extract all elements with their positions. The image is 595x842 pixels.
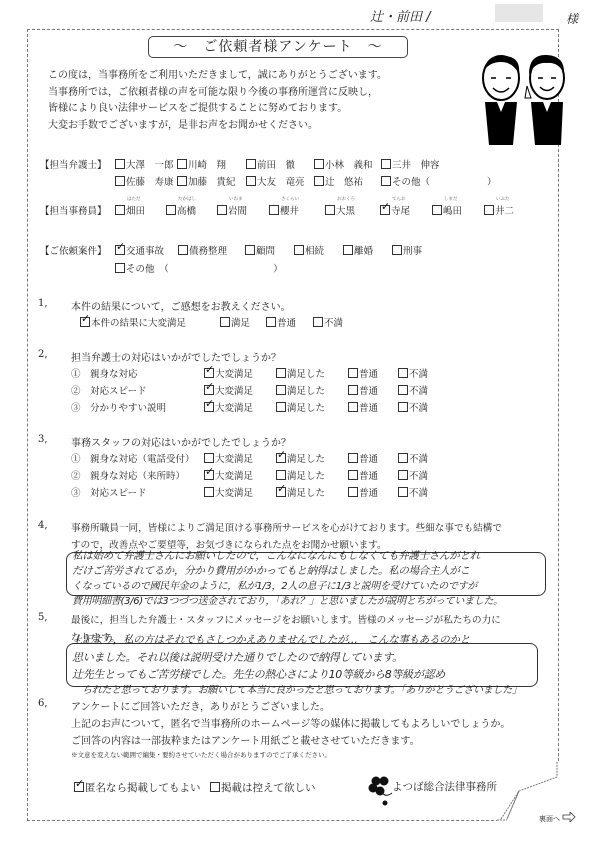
question-text: 事務スタッフの対応はいかがでしたでしょうか？ [71, 434, 291, 449]
q2-option[interactable]: 不満 [398, 366, 428, 380]
checkbox-checked[interactable] [115, 245, 125, 255]
option-label: 井二 [495, 206, 514, 217]
checkbox[interactable] [484, 205, 494, 215]
checkbox[interactable] [246, 159, 256, 169]
q3-option[interactable]: 普通 [348, 468, 378, 482]
option-label: 不満 [324, 318, 343, 329]
intro-line: 当事務所では，ご依頼者様の声を可能な限り今後の事務所運営に反映し， [48, 85, 387, 102]
intro-text: この度は，当事務所をご利用いただきまして，誠にありがとうございます。 当事務所で… [48, 68, 387, 134]
lawyer-option[interactable]: 加藤 貴紀 [177, 174, 236, 188]
clover-icon [368, 775, 394, 809]
checkbox-checked[interactable] [204, 385, 214, 395]
q5-answer-line[interactable]: 思いました。それ以後は説明受けた通りでしたので納得しています。 [72, 649, 403, 666]
checkbox[interactable] [398, 453, 408, 463]
q1-option[interactable]: 満足 [220, 315, 250, 329]
option-label: 満足した [287, 369, 325, 380]
lawyer-option[interactable]: 佐藤 寿康 [115, 174, 174, 188]
option-label: 大変満足 [215, 471, 253, 482]
q3-option[interactable]: 大変満足 [204, 468, 253, 482]
staff-option[interactable]: おおくろ大黒 [325, 203, 355, 217]
q2-row-label: ② 対応スピード [71, 383, 147, 397]
q2-option[interactable]: 満足した [276, 366, 325, 380]
q2-option[interactable]: 不満 [398, 400, 428, 414]
checkbox[interactable] [115, 159, 125, 169]
checkbox-checked[interactable] [74, 782, 84, 792]
option-label: 加藤 貴紀 [188, 177, 236, 188]
back-page-label: 裏面へ [539, 815, 560, 823]
option-label: 大変満足 [215, 403, 253, 414]
option-label: 高橋 [177, 206, 196, 217]
ruby-text: しまだ [444, 196, 458, 202]
option-label: 三井 伸容 [392, 160, 440, 171]
checkbox[interactable] [398, 368, 408, 378]
q2-option[interactable]: 大変満足 [204, 400, 253, 414]
question-text: 上記のお声について，匿名で当事務所のホームページ等の媒体に掲載してもよろしいでし… [71, 715, 510, 730]
option-label: 満足 [231, 318, 250, 329]
checkbox[interactable] [276, 385, 286, 395]
question-text: 事務所職員一同，皆様によりご満足頂ける事務所サービスを心がけております。些細な事… [71, 520, 502, 534]
option-label: 前田 徹 [257, 160, 295, 171]
ruby-text: おおくろ [337, 196, 355, 202]
staff-label: 【担当事務員】 [40, 203, 107, 217]
lawyer-option[interactable]: 川崎 翔 [177, 157, 226, 171]
checkbox[interactable] [177, 159, 187, 169]
staff-option[interactable]: いふた井二 [484, 203, 514, 217]
q2-option[interactable]: 普通 [348, 400, 378, 414]
checkbox[interactable] [115, 205, 125, 215]
back-page-link[interactable]: 裏面へ [539, 812, 576, 824]
option-label: 満足した [287, 386, 325, 397]
question-text: 本件の結果について，ご感想をお教えください。 [71, 298, 291, 313]
checkbox[interactable] [276, 470, 286, 480]
q3-option[interactable]: 普通 [348, 485, 378, 499]
lawyer-option[interactable]: 三井 伸容 [381, 157, 440, 171]
lawyer-option[interactable]: 辻 悠祐 [314, 174, 363, 188]
option-label: 掲載は控えて欲しい [221, 782, 316, 794]
question-text: ご回答の内容は一部抜粋またはアンケート用紙ごと載せさせていただきます。 [71, 732, 420, 747]
question-number: 6, [38, 698, 48, 709]
q1-option[interactable]: 不満 [313, 315, 343, 329]
option-label: 佐藤 寿康 [126, 177, 174, 188]
arrow-right-icon [562, 812, 576, 822]
q1-option[interactable]: 本件の結果に大変満足 [80, 315, 186, 329]
option-label: 大友 竜亮 [257, 177, 305, 188]
q6-option[interactable]: 匿名なら掲載してもよい [74, 780, 201, 795]
case-type-option[interactable]: 刑事 [392, 243, 422, 257]
option-label: 普通 [359, 369, 378, 380]
q6-option[interactable]: 掲載は控えて欲しい [210, 780, 316, 795]
q3-row-label: ② 親身な対応（来所時） [71, 468, 185, 482]
case-type-option[interactable]: 交通事故 [115, 243, 164, 257]
case-type-label: 【ご依頼案件】 [40, 243, 107, 257]
q5-answer-line[interactable]: られたと思っております。お願いして本当に良かったと思っております。「ありがとうご… [82, 682, 522, 699]
option-label: 相続 [305, 246, 324, 257]
option-label: 大変満足 [215, 454, 253, 465]
option-label: 普通 [359, 471, 378, 482]
checkbox-checked[interactable] [380, 205, 390, 215]
option-label: 不満 [409, 454, 428, 465]
ruby-text: さくらい [281, 196, 299, 202]
option-label: 普通 [277, 318, 296, 329]
intro-line: 大変お手数でございますが，是非お声をお聞かせください。 [48, 118, 387, 135]
checkbox[interactable] [392, 245, 402, 255]
checkbox[interactable] [348, 453, 358, 463]
staff-option[interactable]: はただ畑田 [115, 203, 145, 217]
option-label: 不満 [409, 386, 428, 397]
option-label: 普通 [359, 488, 378, 499]
checkbox-checked[interactable] [204, 368, 214, 378]
q3-option[interactable]: 普通 [348, 451, 378, 465]
q3-row-label: ③ 対応スピード [71, 485, 147, 499]
checkbox[interactable] [348, 368, 358, 378]
honorific-suffix: 様 [566, 10, 578, 27]
case-type-option-other[interactable]: その他 （ ） [115, 261, 283, 275]
q2-option[interactable]: 大変満足 [204, 366, 253, 380]
checkbox[interactable] [276, 368, 286, 378]
checkbox[interactable] [115, 263, 125, 273]
checkbox[interactable] [177, 176, 187, 186]
q3-row-label: ① 親身な対応（電話受付） [71, 451, 195, 465]
option-label: 岩間 [228, 206, 247, 217]
ruby-text: たかはし [178, 196, 196, 202]
question-text: 最後に，担当した弁護士・スタッフにメッセージをお願いします。皆様のメッセージが私… [71, 612, 501, 626]
option-label: 普通 [359, 454, 378, 465]
checkbox[interactable] [398, 470, 408, 480]
q5-answer-line[interactable]: 上記より，私の方はそれでもさしつかえありませんでしたが… こんな事もあるのかと [72, 632, 470, 649]
checkbox-checked[interactable] [80, 317, 90, 327]
checkbox[interactable] [432, 205, 442, 215]
checkbox[interactable] [348, 487, 358, 497]
checkbox-checked[interactable] [276, 487, 286, 497]
q3-option[interactable]: 満足した [276, 468, 325, 482]
option-label: 川崎 翔 [188, 160, 226, 171]
q2-option[interactable]: 満足した [276, 400, 325, 414]
staff-option[interactable]: さくらい櫻井 [269, 203, 299, 217]
lawyers-label: 【担当弁護士】 [40, 157, 107, 171]
checkbox[interactable] [210, 782, 220, 792]
checkbox[interactable] [246, 176, 256, 186]
checkbox[interactable] [204, 487, 214, 497]
lawyers-illustration-icon [463, 50, 583, 145]
option-label: 満足した [287, 471, 325, 482]
publication-note: ※文意を変えない範囲で編集・要約させていただく場合がありますのでご了承ください。 [71, 750, 331, 759]
intro-line: この度は，当事務所をご利用いただきまして，誠にありがとうございます。 [48, 68, 387, 85]
checkbox[interactable] [276, 402, 286, 412]
q3-option[interactable]: 不満 [398, 485, 428, 499]
checkbox[interactable] [217, 205, 227, 215]
checkbox[interactable] [115, 176, 125, 186]
option-label: 満足した [287, 454, 325, 465]
q2-option[interactable]: 普通 [348, 383, 378, 397]
checkbox[interactable] [398, 402, 408, 412]
case-type-option[interactable]: 債務整理 [178, 243, 227, 257]
option-label: 普通 [359, 403, 378, 414]
checkbox[interactable] [220, 317, 230, 327]
redacted-client-name [495, 4, 543, 22]
question-text: アンケートにご回答いただき，ありがとうございました。 [71, 698, 330, 713]
option-label: 大変満足 [215, 386, 253, 397]
option-label: 大変満足 [215, 488, 253, 499]
question-number: 4, [38, 520, 48, 531]
q3-option[interactable]: 満足した [276, 485, 325, 499]
option-label: その他 （ ） [126, 264, 283, 275]
q2-option[interactable]: 大変満足 [204, 383, 253, 397]
checkbox[interactable] [294, 245, 304, 255]
checkbox[interactable] [343, 245, 353, 255]
option-label: 刑事 [403, 246, 422, 257]
option-label: 不満 [409, 403, 428, 414]
staff-option[interactable]: たかはし高橋 [166, 203, 196, 217]
question-text: 担当弁護士の対応はいかがでしたでしょうか？ [71, 349, 281, 364]
q1-option[interactable]: 普通 [266, 315, 296, 329]
case-type-option[interactable]: 離婚 [343, 243, 373, 257]
checkbox[interactable] [348, 385, 358, 395]
option-label: 本件の結果に大変満足 [91, 318, 186, 329]
question-number: 3, [38, 434, 48, 445]
staff-option[interactable]: てらお寺尾 [380, 203, 410, 217]
q3-option[interactable]: 大変満足 [204, 485, 253, 499]
option-label: 大澤 一郎 [126, 160, 174, 171]
ruby-text: てらお [392, 196, 406, 202]
q3-option[interactable]: 大変満足 [204, 451, 253, 465]
q2-option[interactable]: 普通 [348, 366, 378, 380]
option-label: 小林 義和 [325, 160, 373, 171]
option-label: 大変満足 [215, 369, 253, 380]
q2-row-label: ③ 分かりやすい説明 [71, 400, 166, 414]
option-label: 交通事故 [126, 246, 164, 257]
option-label: 離婚 [354, 246, 373, 257]
option-label: 嶋田 [443, 206, 462, 217]
option-label: 畑田 [126, 206, 145, 217]
lawyer-option-other[interactable]: その他（ ） [381, 174, 497, 188]
checkbox[interactable] [325, 205, 335, 215]
checkbox[interactable] [398, 487, 408, 497]
ruby-text: いわま [229, 196, 243, 202]
checkbox[interactable] [314, 159, 324, 169]
question-number: 5, [38, 612, 48, 623]
staff-option[interactable]: いわま岩間 [217, 203, 247, 217]
ruby-text: いふた [496, 196, 510, 202]
option-label: 寺尾 [391, 206, 410, 217]
option-label: 辻 悠祐 [325, 177, 363, 188]
checkbox[interactable] [266, 317, 276, 327]
option-label: 匿名なら掲載してもよい [85, 782, 201, 794]
q5-answer-line[interactable]: 辻先生とってもご苦労様でした。先生の熱心さにより10等級から8等級が認め [72, 666, 445, 683]
q2-option[interactable]: 不満 [398, 383, 428, 397]
checkbox[interactable] [178, 245, 188, 255]
firm-name: よつば総合法律事務所 [392, 779, 497, 794]
q3-option[interactable]: 満足した [276, 451, 325, 465]
q3-option[interactable]: 不満 [398, 451, 428, 465]
option-label: 普通 [359, 386, 378, 397]
option-label: 大黒 [336, 206, 355, 217]
option-label: 不満 [409, 471, 428, 482]
checkbox[interactable] [381, 159, 391, 169]
staff-option[interactable]: しまだ嶋田 [432, 203, 462, 217]
option-label: 満足した [287, 403, 325, 414]
q4-answer-line[interactable]: 費用明細書(3/6)では3つづつ送金されており，「あれ？」と思いましたが説明とち… [72, 593, 503, 610]
question-number: 2, [38, 349, 48, 360]
handwritten-assignee-names: 辻・前田 / [370, 6, 431, 25]
checkbox[interactable] [245, 245, 255, 255]
option-label: 債務整理 [189, 246, 227, 257]
q2-row-label: ① 親身な対応 [71, 366, 138, 380]
q2-option[interactable]: 満足した [276, 383, 325, 397]
lawyer-option[interactable]: 前田 徹 [246, 157, 295, 171]
checkbox[interactable] [269, 205, 279, 215]
checkbox[interactable] [166, 205, 176, 215]
checkbox[interactable] [398, 385, 408, 395]
lawyer-option[interactable]: 大澤 一郎 [115, 157, 174, 171]
checkbox[interactable] [381, 176, 391, 186]
lawyer-option[interactable]: 小林 義和 [314, 157, 373, 171]
ruby-text: はただ [127, 196, 141, 202]
checkbox-checked[interactable] [204, 470, 214, 480]
option-label: 満足した [287, 488, 325, 499]
question-number: 1, [38, 298, 48, 309]
survey-title: ～ ご依頼者様アンケート ～ [148, 36, 408, 58]
lawyer-option[interactable]: 大友 竜亮 [246, 174, 305, 188]
checkbox[interactable] [348, 470, 358, 480]
intro-line: 皆様により良い法律サービスをご提供することに努めております。 [48, 101, 387, 118]
checkbox-checked[interactable] [204, 402, 214, 412]
checkbox[interactable] [313, 317, 323, 327]
case-type-option[interactable]: 顧問 [245, 243, 275, 257]
option-label: その他（ ） [392, 177, 497, 188]
checkbox[interactable] [314, 176, 324, 186]
option-label: 櫻井 [280, 206, 299, 217]
q3-option[interactable]: 不満 [398, 468, 428, 482]
option-label: 不満 [409, 369, 428, 380]
option-label: 不満 [409, 488, 428, 499]
option-label: 顧問 [256, 246, 275, 257]
checkbox-checked[interactable] [276, 453, 286, 463]
checkbox[interactable] [348, 402, 358, 412]
case-type-option[interactable]: 相続 [294, 243, 324, 257]
checkbox[interactable] [204, 453, 214, 463]
